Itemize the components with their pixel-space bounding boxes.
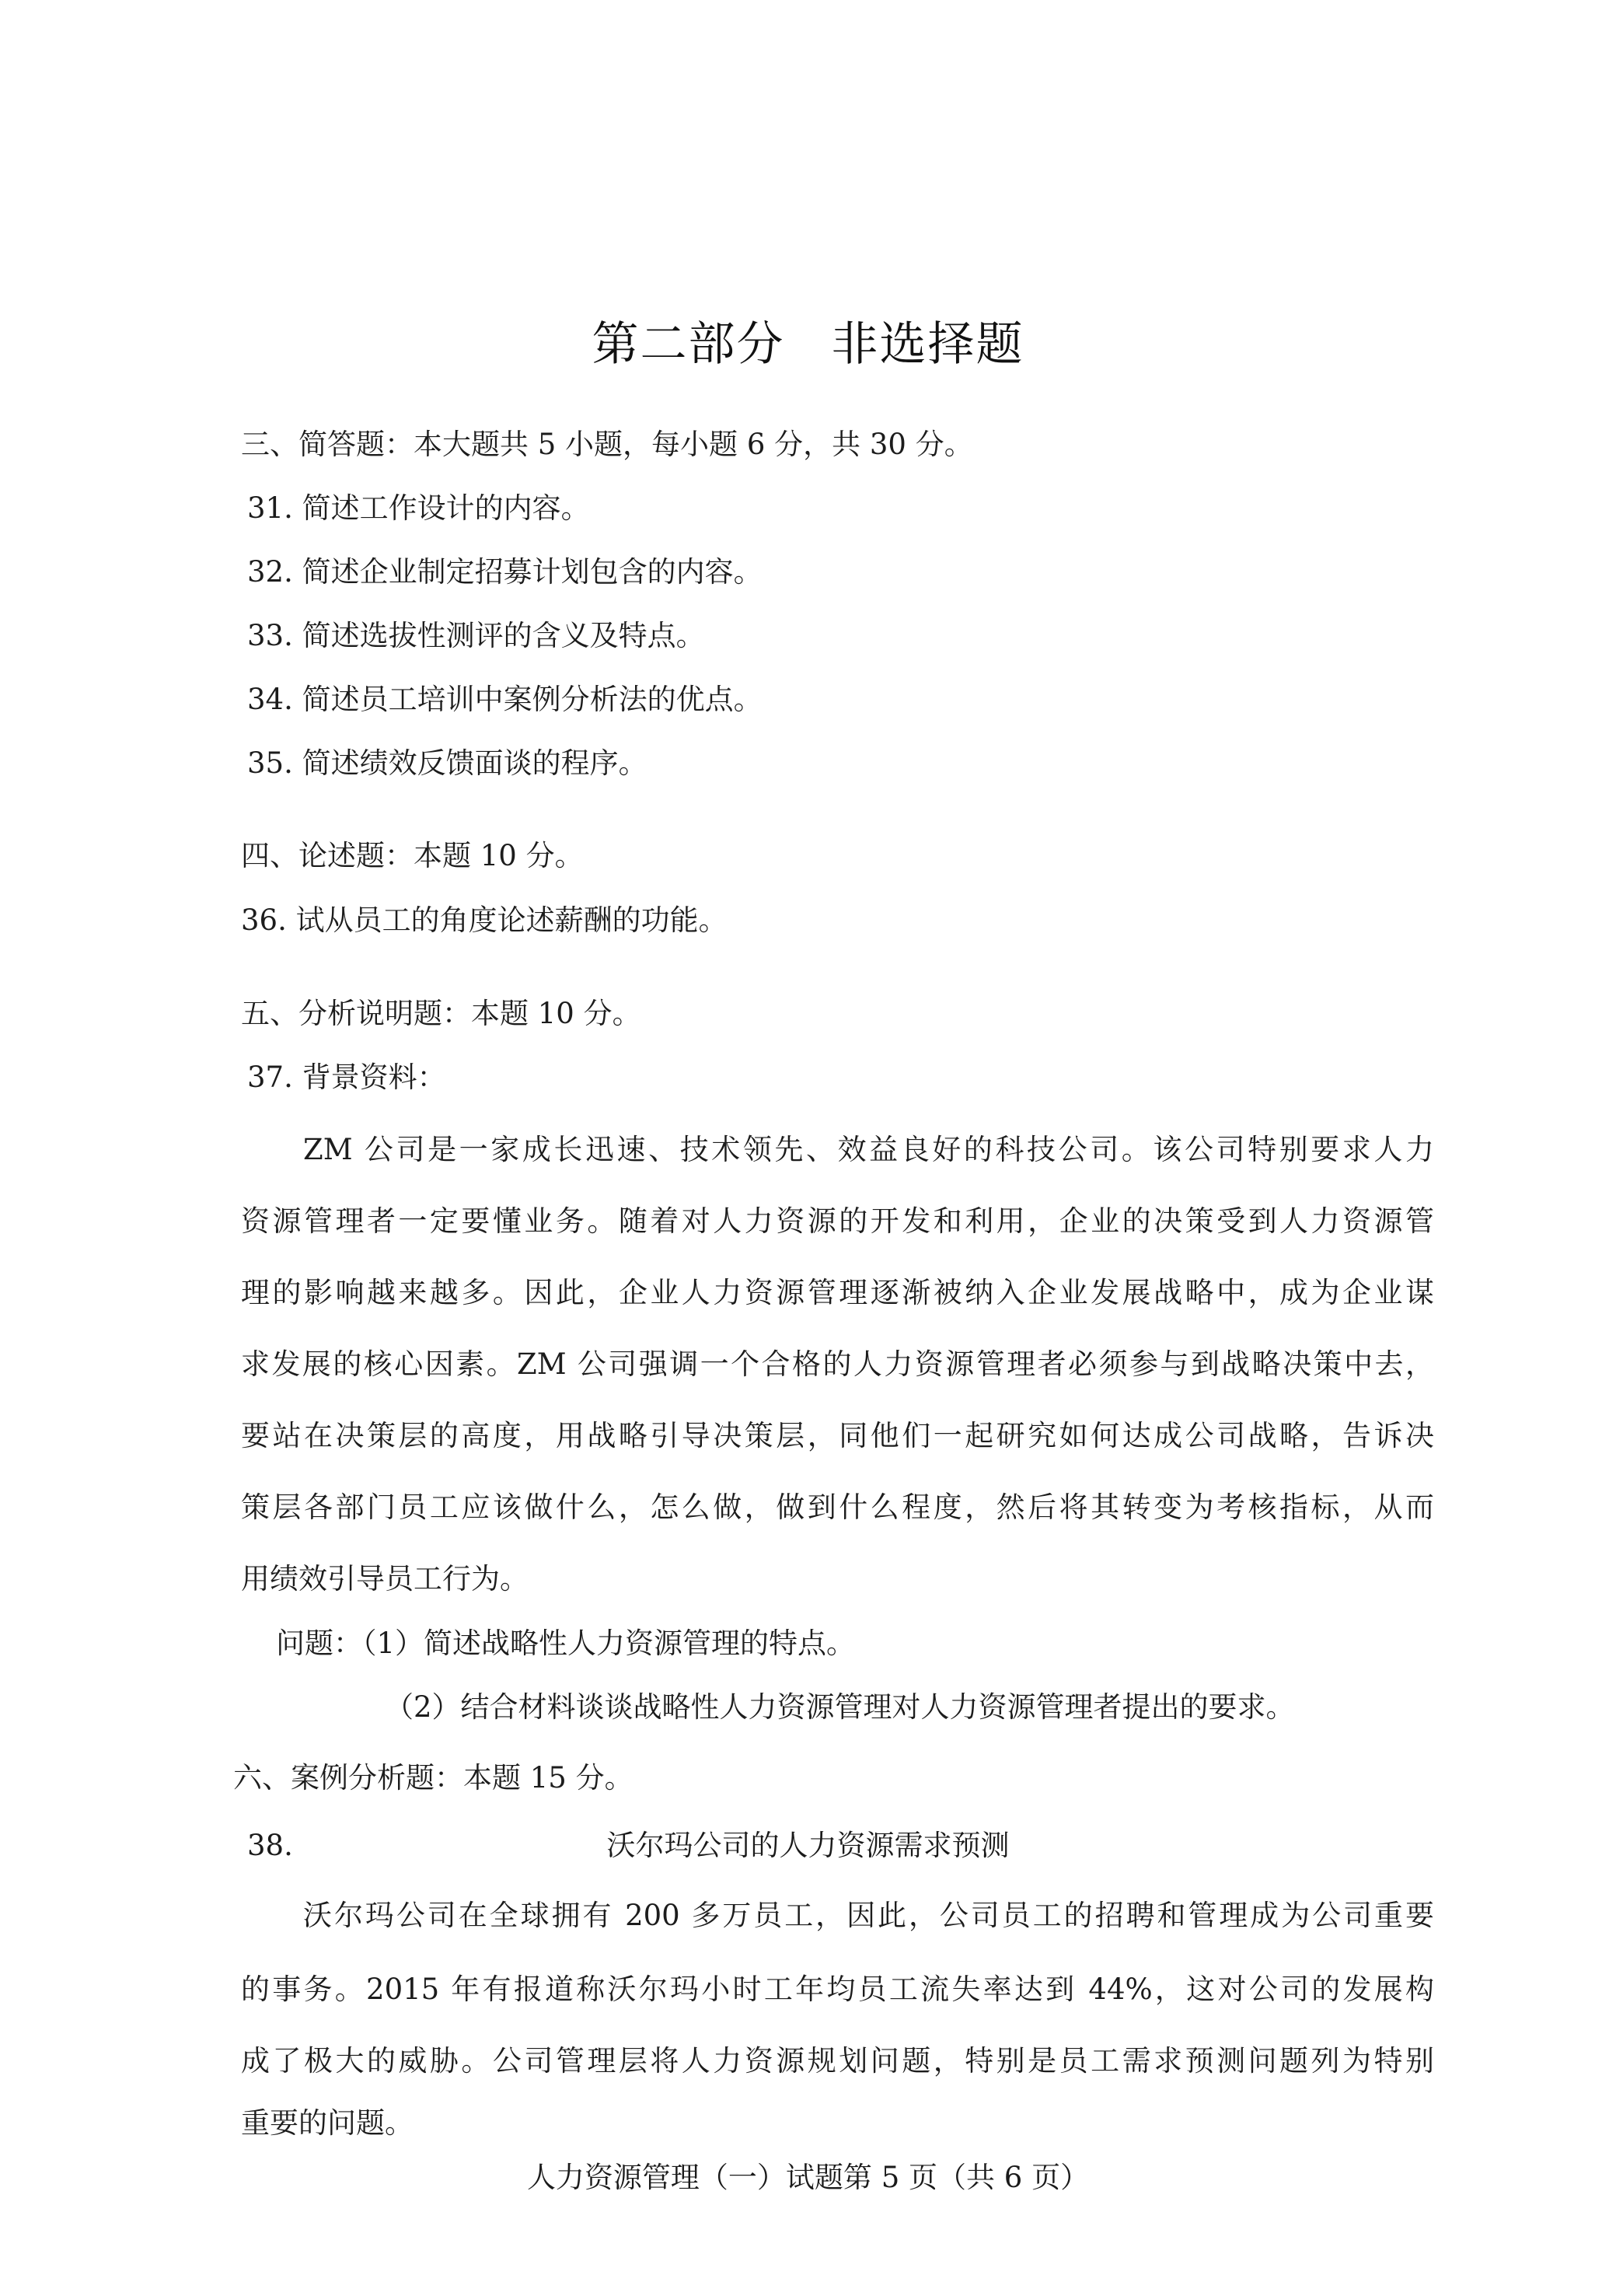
background-line: 策层各部门员工应该做什么，怎么做，做到什么程度，然后将其转变为考核指标，从而 [241, 1493, 1434, 1522]
background-line: 要站在决策层的高度，用战略引导决策层，同他们一起研究如何达成公司战略，告诉决 [241, 1421, 1434, 1450]
question-31: 31. 简述工作设计的内容。 [247, 494, 590, 522]
exam-page: 第二部分非选择题 三、简答题：本大题共 5 小题，每小题 6 分，共 30 分。… [0, 0, 1616, 2296]
question-37-label: 37. 背景资料： [247, 1063, 446, 1092]
question-number: 32. [247, 555, 293, 589]
case-line: 的事务。2015 年有报道称沃尔玛小时工年均员工流失率达到 44%，这对公司的发… [241, 1975, 1434, 2004]
background-line: 资源管理者一定要懂业务。随着对人力资源的开发和利用，企业的决策受到人力资源管 [241, 1207, 1434, 1235]
background-line: ZM 公司是一家成长迅速、技术领先、效益良好的科技公司。该公司特别要求人力 [303, 1135, 1434, 1164]
section4-heading: 四、论述题：本题 10 分。 [241, 841, 584, 870]
section3-heading: 三、简答题：本大题共 5 小题，每小题 6 分，共 30 分。 [241, 430, 973, 459]
background-line: 求发展的核心因素。ZM 公司强调一个合格的人力资源管理者必须参与到战略决策中去， [241, 1350, 1434, 1379]
question-text: 简述企业制定招募计划包含的内容。 [302, 555, 763, 589]
question-36: 36. 试从员工的角度论述薪酬的功能。 [241, 906, 728, 935]
question-35: 35. 简述绩效反馈面谈的程序。 [247, 749, 647, 778]
question-number: 34. [247, 683, 293, 716]
background-line: 用绩效引导员工行为。 [241, 1564, 1434, 1593]
part-title-left: 第二部分 [592, 317, 785, 372]
question-text: 简述绩效反馈面谈的程序。 [302, 746, 647, 780]
question-34: 34. 简述员工培训中案例分析法的优点。 [247, 685, 763, 714]
question-33: 33. 简述选拔性测评的含义及特点。 [247, 621, 705, 650]
case-line: 成了极大的威胁。公司管理层将人力资源规划问题，特别是员工需求预测问题列为特别 [241, 2046, 1434, 2075]
section6-heading: 六、案例分析题：本题 15 分。 [233, 1763, 633, 1792]
part-title-right: 非选择题 [832, 317, 1024, 372]
page-footer: 人力资源管理（一）试题第 5 页（共 6 页） [0, 2163, 1616, 2192]
case-line: 重要的问题。 [241, 2109, 1434, 2137]
question-text: 简述工作设计的内容。 [302, 491, 590, 525]
sub-question-2: （2）结合材料谈谈战略性人力资源管理对人力资源管理者提出的要求。 [385, 1693, 1295, 1721]
question-number: 31. [247, 491, 293, 525]
question-32: 32. 简述企业制定招募计划包含的内容。 [247, 557, 763, 586]
question-text: 简述员工培训中案例分析法的优点。 [302, 683, 763, 716]
question-text: 简述选拔性测评的含义及特点。 [302, 619, 705, 652]
section5-heading: 五、分析说明题：本题 10 分。 [241, 999, 641, 1028]
part-title: 第二部分非选择题 [0, 307, 1616, 374]
background-line: 理的影响越来越多。因此，企业人力资源管理逐渐被纳入企业发展战略中，成为企业谋 [241, 1278, 1434, 1307]
question-number: 36. [241, 903, 287, 937]
question-text: 试从员工的角度论述薪酬的功能。 [296, 903, 728, 937]
case-line: 沃尔玛公司在全球拥有 200 多万员工，因此，公司员工的招聘和管理成为公司重要 [303, 1901, 1434, 1930]
case-title: 沃尔玛公司的人力资源需求预测 [0, 1831, 1616, 1860]
question-number: 33. [247, 619, 293, 652]
question-number: 35. [247, 746, 293, 780]
sub-question-1: 问题：（1）简述战略性人力资源管理的特点。 [276, 1629, 855, 1658]
